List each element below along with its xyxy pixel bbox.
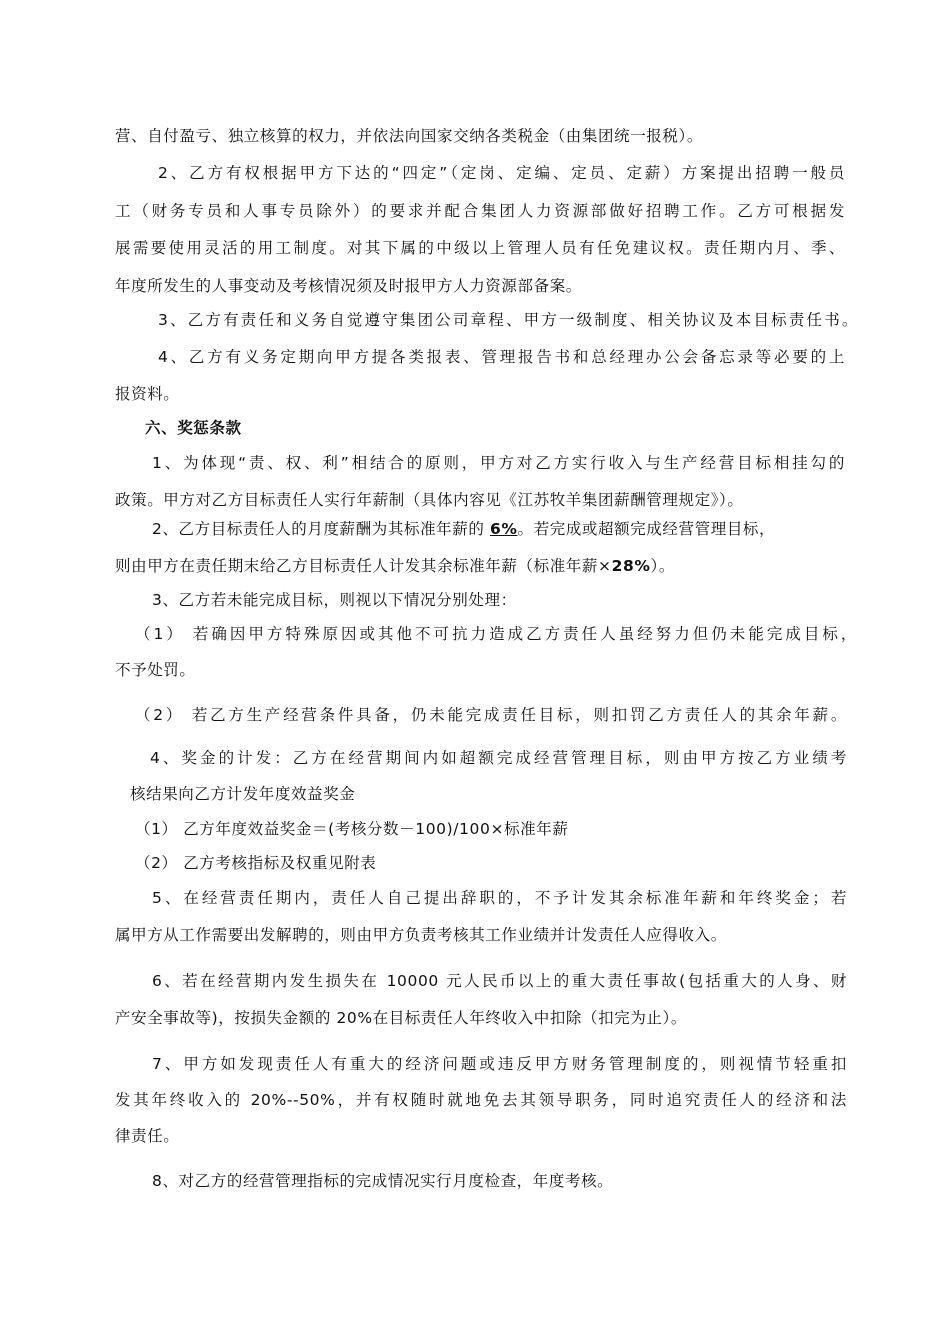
reward-clause-3-item-1-line-1: （1） 若确因甲方特殊原因或其他不可抗力造成乙方责任人虽经努力但仍未能完成目标，	[135, 624, 857, 644]
text-segment: 2、乙方目标责任人的月度薪酬为其标准年薪的	[152, 520, 490, 538]
reward-clause-4-item-2: （2） 乙方考核指标及权重见附表	[135, 853, 376, 873]
reward-clause-7-line-3: 律责任。	[115, 1126, 179, 1146]
section-heading-rewards-penalties: 六、奖惩条款	[145, 418, 242, 438]
reward-clause-4-item-1: （1） 乙方年度效益奖金＝(考核分数－100)/100×标准年薪	[135, 819, 568, 839]
clause-4-line-2: 报资料。	[115, 384, 179, 404]
reward-clause-3-item-2-line: （2） 若乙方生产经营条件具备，仍未能完成责任目标，则扣罚乙方责任人的其余年薪。	[135, 705, 847, 725]
reward-clause-1-line-1: 1、为体现“责、权、利”相结合的原则，甲方对乙方实行收入与生产经营目标相挂勾的	[152, 453, 845, 473]
reward-clause-6-line-2: 产安全事故等)，按损失金额的 20%在目标责任人年终收入中扣除（扣完为止）。	[115, 1008, 687, 1028]
paragraph-line: 营、自付盈亏、独立核算的权力，并依法向国家交纳各类税金（由集团统一报税）。	[115, 126, 783, 146]
reward-clause-5-line-1: 5、在经营责任期内，责任人自己提出辞职的，不予计发其余标准年薪和年终奖金；若	[152, 888, 847, 908]
text-segment: ）。	[651, 557, 675, 575]
document-page: 营、自付盈亏、独立核算的权力，并依法向国家交纳各类税金（由集团统一报税）。 2、…	[0, 0, 950, 1344]
reward-clause-2-line-1: 2、乙方目标责任人的月度薪酬为其标准年薪的 6%。若完成或超额完成经营管理目标，	[152, 519, 775, 539]
remaining-pay-percentage: 28%	[612, 557, 651, 575]
reward-clause-6-line-1: 6、若在经营期内发生损失在 10000 元人民币以上的重大责任事故(包括重大的人…	[152, 971, 847, 991]
reward-clause-3-item-1-line-2: 不予处罚。	[115, 660, 196, 680]
clause-2-line-1: 2、乙方有权根据甲方下达的“四定”（定岗、定编、定员、定薪）方案提出招聘一般员	[158, 163, 845, 183]
reward-clause-7-line-1: 7、甲方如发现责任人有重大的经济问题或违反甲方财务管理制度的，则视情节轻重扣	[152, 1054, 847, 1074]
clause-4-line-1: 4、乙方有义务定期向甲方提各类报表、管理报告书和总经理办公会备忘录等必要的上	[158, 347, 845, 367]
reward-clause-8-line: 8、对乙方的经营管理指标的完成情况实行月度检查，年度考核。	[152, 1171, 613, 1191]
reward-clause-7-line-2: 发其年终收入的 20%--50%，并有权随时就地免去其领导职务，同时追究责任人的…	[115, 1090, 847, 1110]
reward-clause-5-line-2: 属甲方从工作需要出发解聘的，则由甲方负责考核其工作业绩并计发责任人应得收入。	[115, 925, 835, 945]
text-segment: 。若完成或超额完成经营管理目标，	[518, 520, 776, 538]
clause-3-line: 3、乙方有责任和义务自觉遵守集团公司章程、甲方一级制度、相关协议及本目标责任书。	[158, 310, 858, 330]
monthly-pay-percentage: 6%	[490, 520, 518, 538]
clause-2-line-3: 展需要使用灵活的用工制度。对其下属的中级以上管理人员有任免建议权。责任期内月、季…	[115, 238, 845, 258]
reward-clause-4-line-1: 4、奖金的计发：乙方在经营期间内如超额完成经营管理目标，则由甲方按乙方业绩考	[150, 748, 847, 768]
reward-clause-3-line: 3、乙方若未能完成目标，则视以下情况分别处理：	[152, 590, 517, 610]
clause-2-line-2: 工（财务专员和人事专员除外）的要求并配合集团人力资源部做好招聘工作。乙方可根据发	[115, 201, 845, 221]
reward-clause-2-line-2: 则由甲方在责任期末给乙方目标责任人计发其余标准年薪（标准年薪×28%）。	[115, 556, 675, 576]
text-segment: 则由甲方在责任期末给乙方目标责任人计发其余标准年薪（标准年薪×	[115, 557, 612, 575]
reward-clause-1-line-2: 政策。甲方对乙方目标责任人实行年薪制（具体内容见《江苏牧羊集团薪酬管理规定》）。	[115, 490, 840, 510]
clause-2-line-4: 年度所发生的人事变动及考核情况须及时报甲方人力资源部备案。	[115, 276, 582, 296]
reward-clause-4-line-2: 核结果向乙方计发年度效益奖金	[130, 784, 355, 804]
